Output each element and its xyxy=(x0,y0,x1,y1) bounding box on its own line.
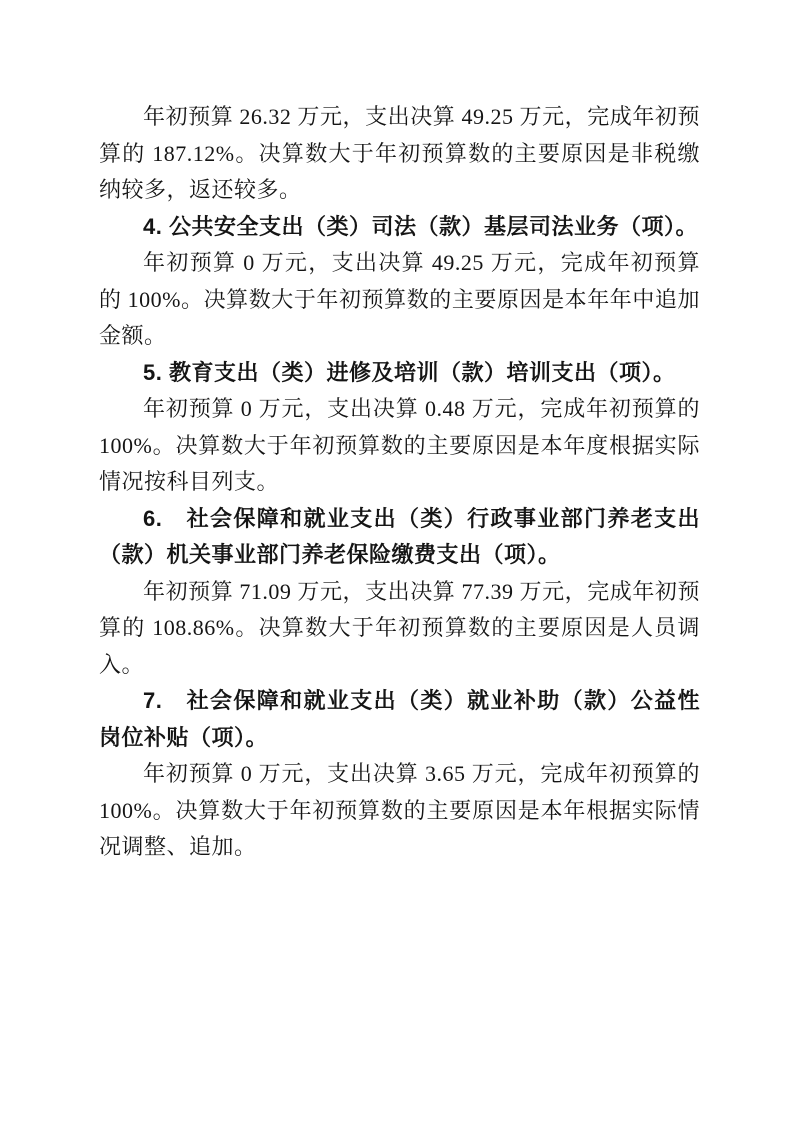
body-paragraph: 年初预算 71.09 万元，支出决算 77.39 万元，完成年初预算的 108.… xyxy=(99,574,700,684)
section-heading: 6. 社会保障和就业支出（类）行政事业部门养老支出（款）机关事业部门养老保险缴费… xyxy=(99,501,700,574)
document-page: 年初预算 26.32 万元，支出决算 49.25 万元，完成年初预算的 187.… xyxy=(0,0,793,1122)
section-heading: 7. 社会保障和就业支出（类）就业补助（款）公益性岗位补贴（项）。 xyxy=(99,683,700,756)
body-paragraph: 年初预算 26.32 万元，支出决算 49.25 万元，完成年初预算的 187.… xyxy=(99,99,700,209)
section-heading: 5. 教育支出（类）进修及培训（款）培训支出（项）。 xyxy=(99,355,700,392)
body-paragraph: 年初预算 0 万元，支出决算 49.25 万元，完成年初预算的 100%。决算数… xyxy=(99,245,700,355)
body-paragraph: 年初预算 0 万元，支出决算 0.48 万元，完成年初预算的 100%。决算数大… xyxy=(99,391,700,501)
document-body: 年初预算 26.32 万元，支出决算 49.25 万元，完成年初预算的 187.… xyxy=(99,99,700,866)
body-paragraph: 年初预算 0 万元，支出决算 3.65 万元，完成年初预算的 100%。决算数大… xyxy=(99,756,700,866)
section-heading: 4. 公共安全支出（类）司法（款）基层司法业务（项）。 xyxy=(99,209,700,246)
